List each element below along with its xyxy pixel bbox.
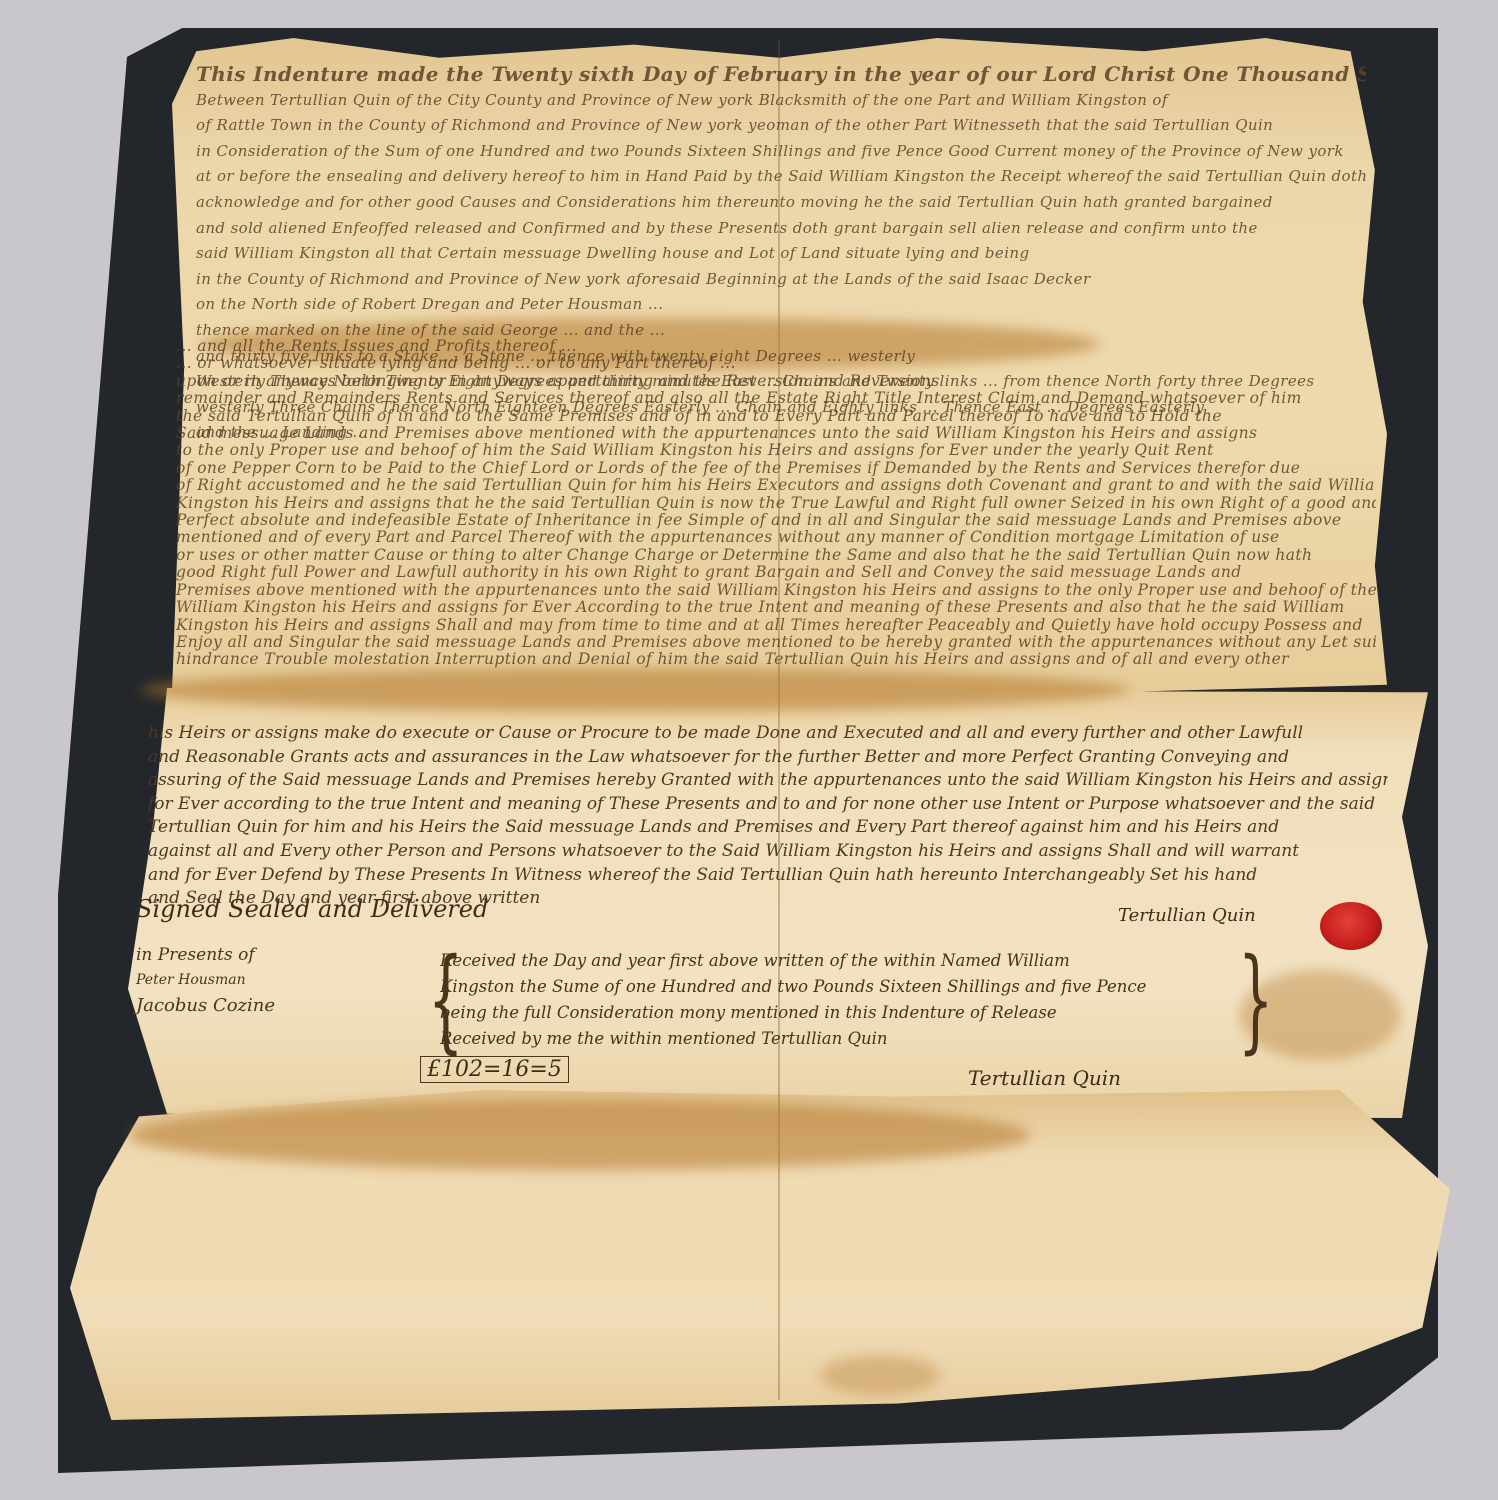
body-line: good Right full Power and Lawfull author… bbox=[176, 564, 1376, 581]
body-line: Between Tertullian Quin of the City Coun… bbox=[196, 88, 1366, 114]
body-line: on the North side of Robert Dregan and P… bbox=[196, 292, 1366, 318]
body-line: said William Kingston all that Certain m… bbox=[196, 241, 1366, 267]
body-line: of Right accustomed and he the said Tert… bbox=[176, 477, 1376, 494]
body-line: remainder and Remainders Rents and Servi… bbox=[176, 390, 1376, 407]
closing-line: and for Ever Defend by These Presents In… bbox=[148, 864, 1388, 888]
body-line: the said Tertullian Quin of in and to th… bbox=[176, 408, 1376, 425]
body-line: Kingston his Heirs and assigns Shall and… bbox=[176, 617, 1376, 634]
body-line: ... or whatsoever situate lying and bein… bbox=[176, 355, 1376, 372]
closing-line: for Ever according to the true Intent an… bbox=[148, 793, 1388, 817]
in-presence-of: in Presents of bbox=[136, 943, 275, 968]
body-line: upon or in anyways belonging or in anywa… bbox=[176, 373, 1376, 390]
indenture-body-middle: ... and all the Rents Issues and Profits… bbox=[176, 338, 1376, 669]
closing-line: assuring of the Said messuage Lands and … bbox=[148, 769, 1388, 793]
witness-signature: Peter Housman bbox=[136, 968, 275, 993]
body-line: of Rattle Town in the County of Richmond… bbox=[196, 113, 1366, 139]
body-line: Kingston his Heirs and assigns that he t… bbox=[176, 495, 1376, 512]
closing-line: against all and Every other Person and P… bbox=[148, 840, 1388, 864]
body-line: acknowledge and for other good Causes an… bbox=[196, 190, 1366, 216]
fold-stain-lower bbox=[130, 1100, 1030, 1170]
body-line: William Kingston his Heirs and assigns f… bbox=[176, 599, 1376, 616]
body-line: at or before the ensealing and delivery … bbox=[196, 164, 1366, 190]
body-line: mentioned and of every Part and Parcel T… bbox=[176, 529, 1376, 546]
body-line: Said messuage Lands and Premises above m… bbox=[176, 425, 1376, 442]
attestation-heading: Signed Sealed and Delivered bbox=[136, 895, 488, 923]
body-line: Enjoy all and Singular the said messuage… bbox=[176, 634, 1376, 651]
receipt-line: Kingston the Sume of one Hundred and two… bbox=[440, 974, 1230, 1000]
body-line: ... and all the Rents Issues and Profits… bbox=[176, 338, 1376, 355]
grantor-signature: Tertullian Quin bbox=[1118, 905, 1256, 926]
body-line: and sold aliened Enfeoffed released and … bbox=[196, 216, 1366, 242]
fold-stain-middle bbox=[140, 668, 1130, 712]
red-wax-seal bbox=[1320, 902, 1382, 950]
receipt-amount: £102=16=5 bbox=[420, 1056, 569, 1083]
witness-block: in Presents of Peter Housman Jacobus Coz… bbox=[136, 943, 275, 1018]
body-line: in Consideration of the Sum of one Hundr… bbox=[196, 139, 1366, 165]
receipt-line: Received by me the within mentioned Tert… bbox=[440, 1026, 1230, 1052]
indenture-closing: his Heirs or assigns make do execute or … bbox=[148, 722, 1388, 911]
body-line: to the only Proper use and behoof of him… bbox=[176, 442, 1376, 459]
receipt-line: being the full Consideration mony mentio… bbox=[440, 1000, 1230, 1026]
body-line: hindrance Trouble molestation Interrupti… bbox=[176, 651, 1376, 668]
closing-line: his Heirs or assigns make do execute or … bbox=[148, 722, 1388, 746]
body-line: in the County of Richmond and Province o… bbox=[196, 267, 1366, 293]
witness-signature: Jacobus Cozine bbox=[136, 993, 275, 1018]
right-brace: } bbox=[1238, 944, 1274, 1056]
body-line: of one Pepper Corn to be Paid to the Chi… bbox=[176, 460, 1376, 477]
receipt-signature: Tertullian Quin bbox=[968, 1066, 1121, 1090]
body-line: or uses or other matter Cause or thing t… bbox=[176, 547, 1376, 564]
receipt-block: Received the Day and year first above wr… bbox=[440, 948, 1230, 1052]
body-line: Perfect absolute and indefeasible Estate… bbox=[176, 512, 1376, 529]
body-line: This Indenture made the Twenty sixth Day… bbox=[196, 62, 1366, 88]
closing-line: Tertullian Quin for him and his Heirs th… bbox=[148, 816, 1388, 840]
body-line: Premises above mentioned with the appurt… bbox=[176, 582, 1376, 599]
water-stain-bottom bbox=[820, 1355, 940, 1395]
receipt-line: Received the Day and year first above wr… bbox=[440, 948, 1230, 974]
closing-line: and Reasonable Grants acts and assurance… bbox=[148, 746, 1388, 770]
